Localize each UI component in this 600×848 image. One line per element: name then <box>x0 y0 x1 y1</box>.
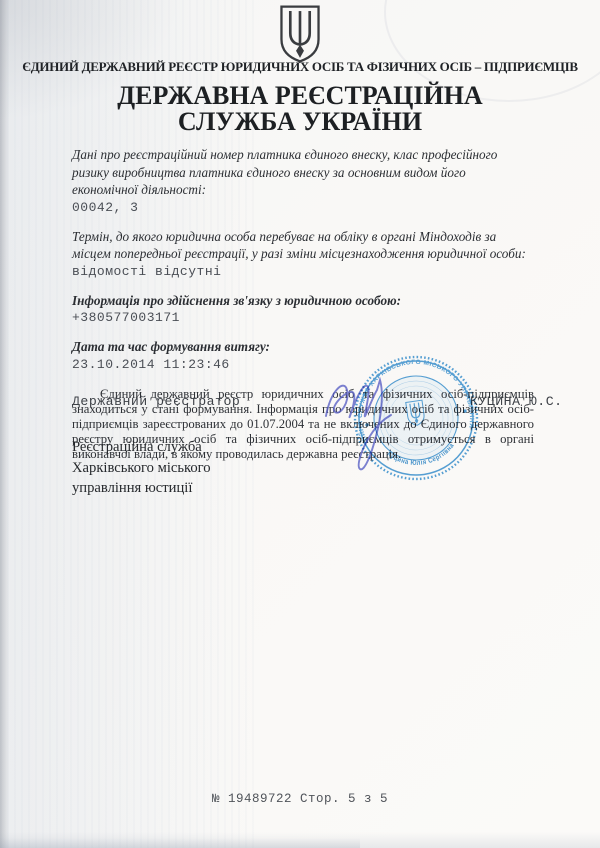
page-number-footer: № 19489722 Стор. 5 з 5 <box>0 792 600 806</box>
page-title: ДЕРЖАВНА РЕЄСТРАЦІЙНА СЛУЖБА УКРАЇНИ <box>0 83 600 135</box>
page-title-line2: СЛУЖБА УКРАЇНИ <box>0 109 600 135</box>
round-official-stamp: • РЕЄСТРАЦІЙНА СЛУЖБА ХАРКІВСЬКОГО МІСЬК… <box>343 345 490 492</box>
field-label: Інформація про здійснення зв'язку з юрид… <box>72 292 532 310</box>
scanned-document-page: ЄДИНИЙ ДЕРЖАВНИЙ РЕЄСТР ЮРИДИЧНИХ ОСІБ Т… <box>0 0 600 848</box>
stamp-left-dot <box>365 423 369 427</box>
agency-line2: Харківського міського <box>72 458 211 479</box>
stamp-right-dot <box>463 409 467 413</box>
agency-line1: Реєстраційна служба <box>72 437 211 458</box>
field-registration-term: Термін, до якого юридична особа перебува… <box>72 228 532 280</box>
registrar-name: КУЦИНА Ю.С. <box>470 394 563 409</box>
registry-header-line: ЄДИНИЙ ДЕРЖАВНИЙ РЕЄСТР ЮРИДИЧНИХ ОСІБ Т… <box>0 59 600 75</box>
field-value: 00042, 3 <box>72 199 532 216</box>
field-contact-info: Інформація про здійснення зв'язку з юрид… <box>72 292 532 327</box>
field-label: Термін, до якого юридична особа перебува… <box>72 228 532 263</box>
scan-bottom-smudge <box>0 832 600 848</box>
field-value: +380577003171 <box>72 309 532 326</box>
field-label: Дані про реєстраційний номер платника єд… <box>72 146 532 199</box>
registrar-title: Державний реєстратор <box>72 394 240 409</box>
field-value: відомості відсутні <box>72 263 532 280</box>
ukraine-trident-emblem-icon <box>273 4 327 64</box>
agency-name-block: Реєстраційна служба Харківського міськог… <box>72 437 211 499</box>
agency-line3: управління юстиції <box>72 478 211 499</box>
page-title-line1: ДЕРЖАВНА РЕЄСТРАЦІЙНА <box>0 83 600 109</box>
field-single-contribution: Дані про реєстраційний номер платника єд… <box>72 146 532 216</box>
